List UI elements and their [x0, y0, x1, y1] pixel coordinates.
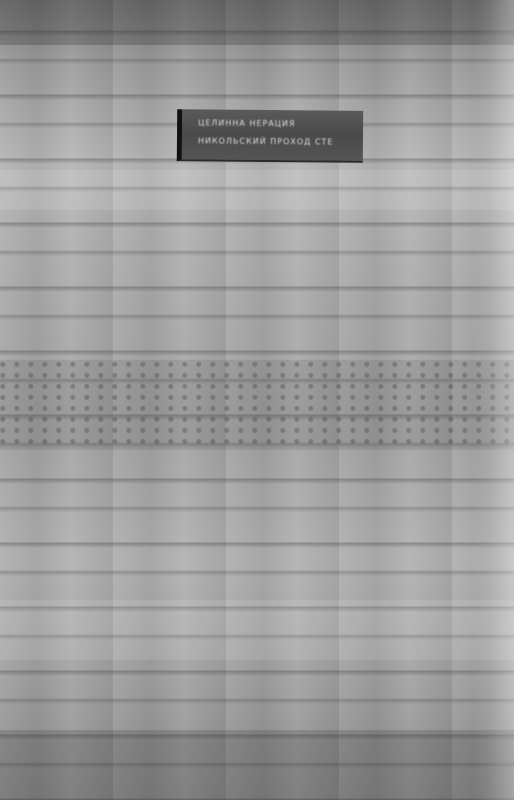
plaque-text-line-2: НИКОЛЬСКИЙ ПРОХОД СТЕ [198, 136, 353, 147]
wall-texture-band [0, 600, 514, 660]
wall-texture-band [0, 0, 514, 45]
wall-texture-band [0, 170, 514, 210]
plaque-text-line-1: ЦЕЛИННА НЕРАЦИЯ [198, 118, 353, 129]
wall-plaque: ЦЕЛИННА НЕРАЦИЯ НИКОЛЬСКИЙ ПРОХОД СТЕ [177, 109, 363, 163]
wall-texture-band [0, 360, 514, 450]
light-edge [474, 0, 514, 800]
wall-texture-band [0, 730, 514, 800]
wall-photo: ЦЕЛИННА НЕРАЦИЯ НИКОЛЬСКИЙ ПРОХОД СТЕ [0, 0, 514, 800]
